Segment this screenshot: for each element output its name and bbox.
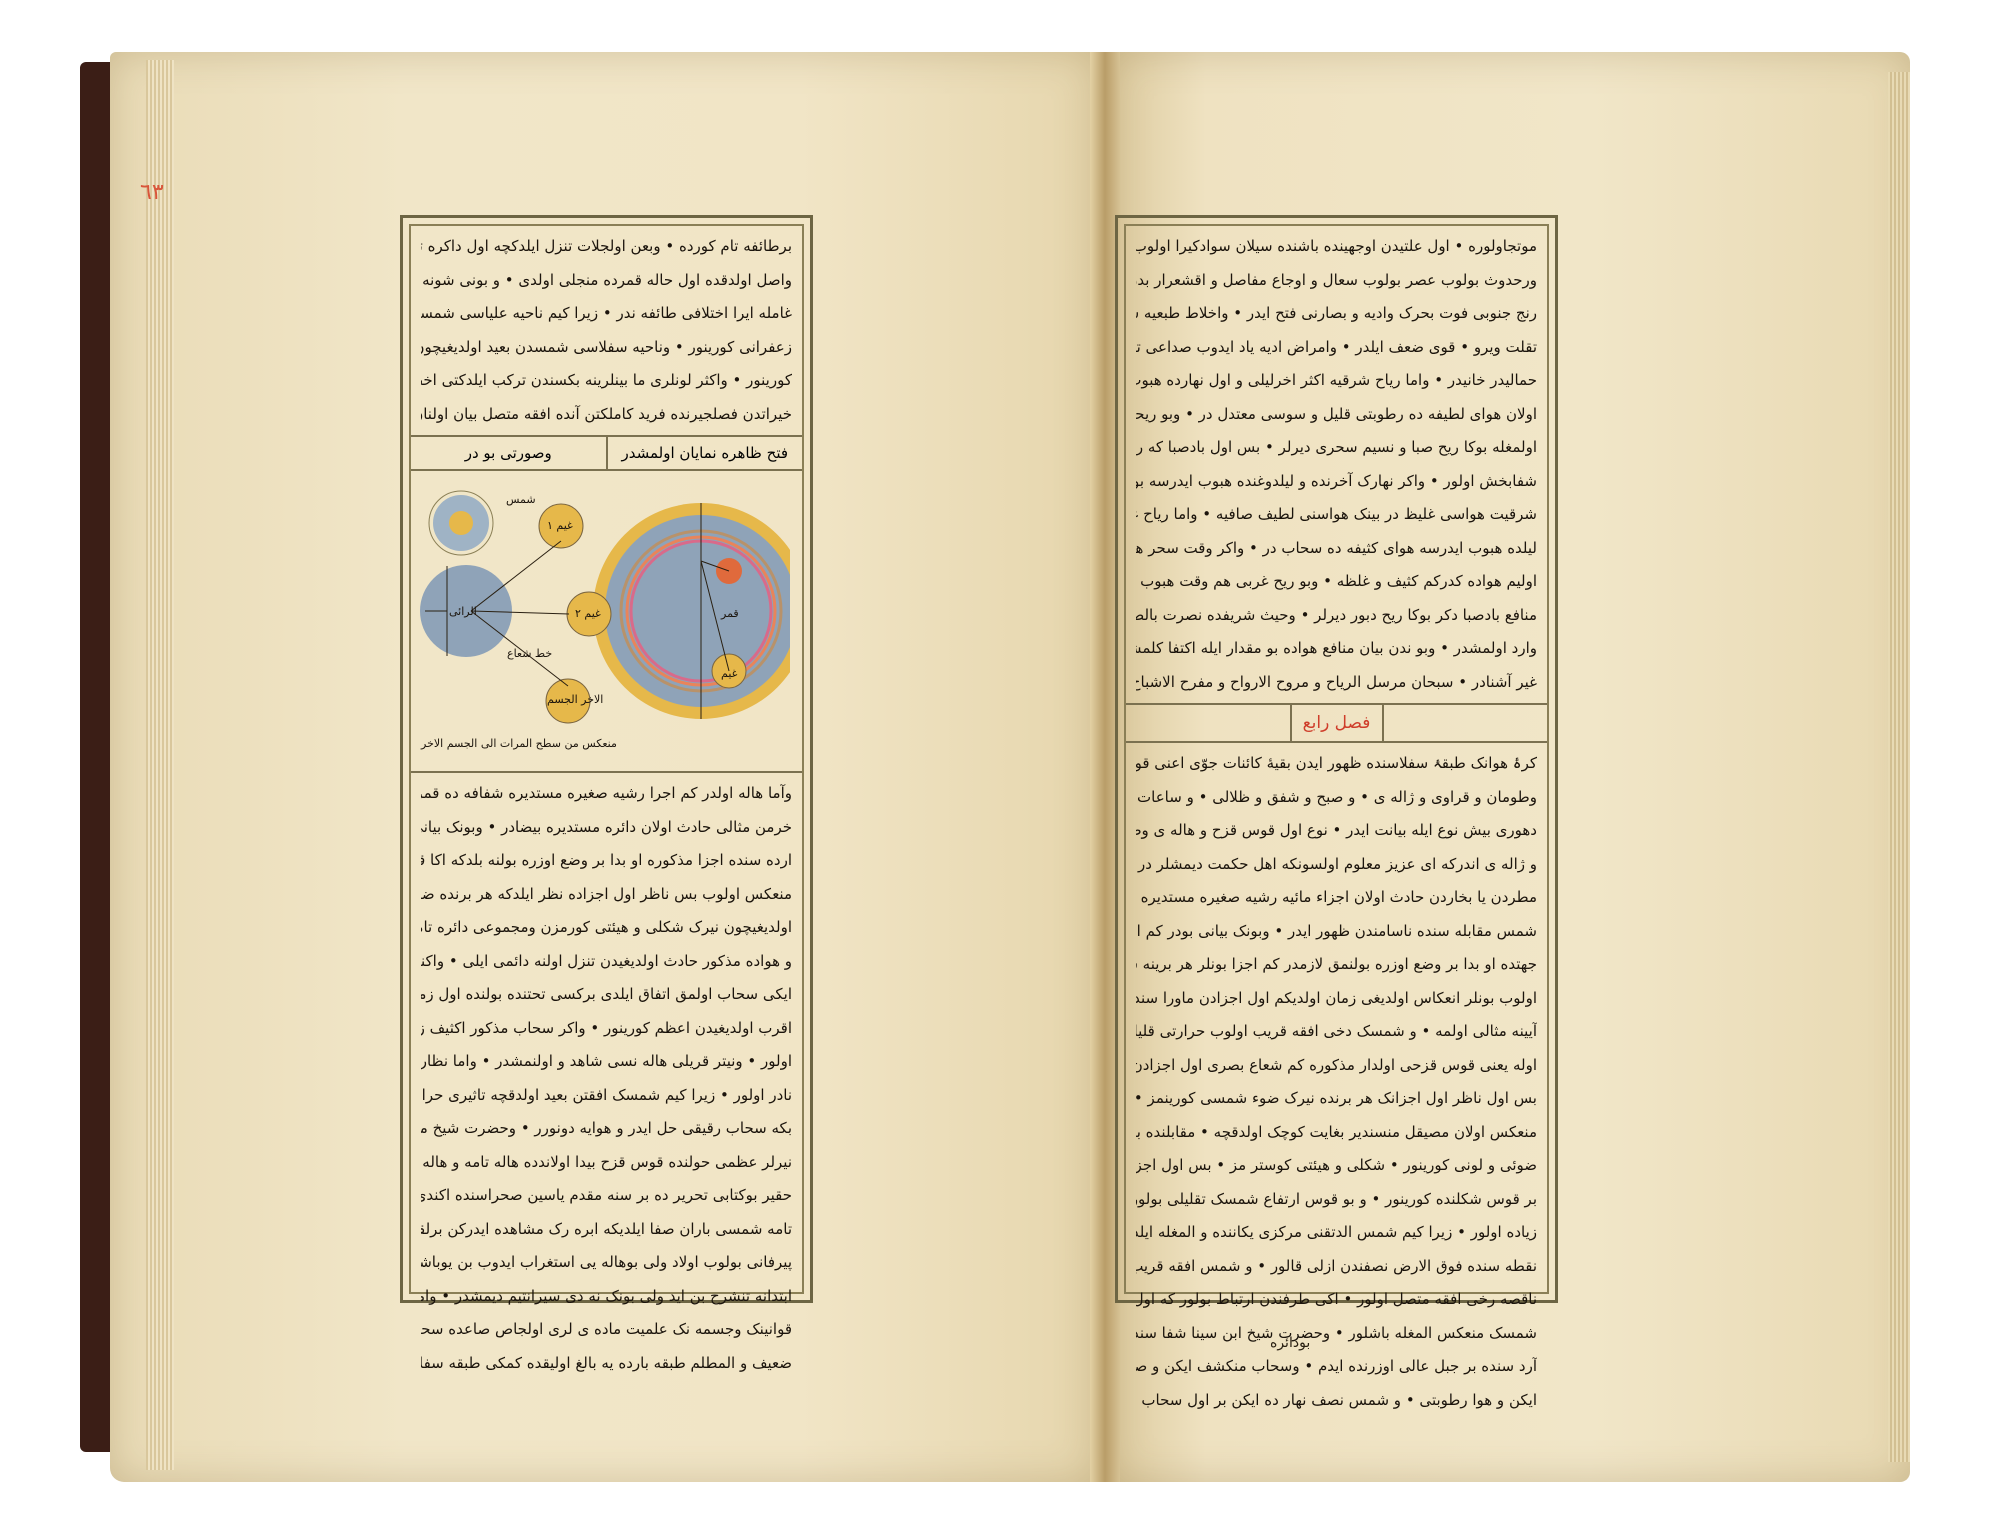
right-text-frame: موتجاولوره • اول علتیدن اوجهینده باشنده … [1115, 215, 1558, 1303]
text-line: دهوری بیش نوع ایله بیانت ایدر • نوع اول … [1136, 814, 1537, 848]
label-moon: قمر [721, 607, 739, 620]
text-line: اولیم هواده کدرکم کثیف و غلظه • وبو ریح … [1136, 565, 1537, 599]
label-ray: خط شعاع [507, 647, 552, 660]
label-observer: الرائی [449, 605, 477, 618]
text-line: نقطه سنده فوق الارض نصفندن ازلی قالور • … [1136, 1250, 1537, 1284]
text-line: رنج جنوبی فوت بحرک وادیه و بصارنی فتح ای… [1136, 297, 1537, 331]
text-line: تقلت ویرو • قوی ضعف ایلدر • وامراض ادیه … [1136, 331, 1537, 365]
text-line: زیاده اولور • زیرا کیم شمس الدتقنی مرکزی… [1136, 1216, 1537, 1250]
label-sphere-3: الاخر الجسم [547, 693, 603, 706]
text-line: اقرب اولدیغیدن اعظم کورینور • واکر سحاب … [421, 1012, 792, 1046]
text-line: برطائفه تام کورده • وبعن اولجلات تنزل ای… [421, 230, 792, 264]
text-line: قوانینک وجسمه نک علمیت ماده ی لری اولجاص… [421, 1313, 792, 1347]
left-text-frame: برطائفه تام کورده • وبعن اولجلات تنزل ای… [400, 215, 813, 1303]
catchword: بودائره [1270, 1335, 1310, 1351]
open-manuscript [80, 52, 1930, 1492]
text-line: لیلده هبوب ایدرسه هوای کثیفه ده سحاب در … [1136, 532, 1537, 566]
text-line: اولور • ونیتر قریلی هاله نسی شاهد و اولن… [421, 1045, 792, 1079]
text-line: غیر آشنادر • سبحان مرسل الریاح و مروح ال… [1136, 666, 1537, 700]
text-line: آرد سنده بر جبل عالی اوزرنده ایدم • وسحا… [1136, 1350, 1537, 1384]
label-sun: شمس [506, 493, 536, 506]
text-line: وطومان و قراوی و ژاله ی • و صبح و شفق و … [1136, 781, 1537, 815]
text-line: و هواده مذکور حادث اولدیغیدن تنزل اولنه … [421, 945, 792, 979]
left-bottom-text: وآما هاله اولدر کم اجرا رشیه صغیره مستدی… [411, 773, 802, 1384]
text-line: ایکی سحاب اولمق اتفاق ایلدی برکسی تحتنده… [421, 978, 792, 1012]
text-line: شرقیت هواسی غلیظ در بینک هواسنی لطیف صاف… [1136, 498, 1537, 532]
text-line: و ژاله ی اندرکه ای عزیز معلوم اولسونکه ا… [1136, 848, 1537, 882]
text-line: حمالیدر خانیدر • واما ریاح شرقیه اکثر اخ… [1136, 364, 1537, 398]
text-line: آیینه مثالی اولمه • و شمسک دخی افقه قریب… [1136, 1015, 1537, 1049]
text-line: واصل اولدقده اول حاله قمرده منجلی اولدی … [421, 264, 792, 298]
text-line: نیرلر عظمی حولنده قوس قزح بیدا اولاندده … [421, 1146, 792, 1180]
text-line: وآما هاله اولدر کم اجرا رشیه صغیره مستدی… [421, 777, 792, 811]
text-line: نادر اولور • زیرا کیم شمسک افقتن بعید او… [421, 1079, 792, 1113]
text-line: وارد اولمشدر • وبو ندن بیان منافع هواده … [1136, 632, 1537, 666]
text-line: زعفرانی کورینور • وناحیه سفلاسی شمسدن بع… [421, 331, 792, 365]
text-line: شمس مقابله سنده ناسامندن ظهور ایدر • وبو… [1136, 915, 1537, 949]
text-line: منعکس اولوب بس ناظر اول اجزاده نظر ایلدک… [421, 878, 792, 912]
diagram-caption-2: وصورتی بو در [411, 437, 606, 469]
text-line: غامله ایرا اختلافی طائفه ندر • زیرا کیم … [421, 297, 792, 331]
text-line: ورحدوث بولوب عصر بولوب سعال و اوجاع مفاص… [1136, 264, 1537, 298]
text-line: حقیر بوکتابی تحریر ده بر سنه مقدم یاسین … [421, 1179, 792, 1213]
page-edges-left [146, 60, 174, 1470]
text-line: مطردن یا بخاردن حادث اولان اجزاء مائیه ر… [1136, 881, 1537, 915]
text-line: بر قوس شکلنده کورینور • و بو قوس ارتفاع … [1136, 1183, 1537, 1217]
diagram-caption-1: فتح ظاهره نمایان اولمشدر [606, 437, 803, 469]
folio-number: ٦٣ [140, 180, 164, 205]
text-line: کرۂ هوانک طبقۂ سفلاسنده ظهور ایدن بقیۀ ک… [1136, 747, 1537, 781]
text-line: کورینور • واکثر لونلری ما بینلرینه بکسند… [421, 364, 792, 398]
text-line: جهتده او بدا بر وضع اوزره بولنمق لازمدر … [1136, 948, 1537, 982]
label-cloud: غیم [721, 667, 737, 680]
right-bottom-text: کرۂ هوانک طبقۂ سفلاسنده ظهور ایدن بقیۀ ک… [1126, 743, 1547, 1421]
label-sphere-1: غیم ۱ [547, 519, 573, 532]
section-heading-row: فصل رابع [1126, 703, 1547, 743]
text-line: ارده سنده اجزا مذکوره او بدا بر وضع اوزر… [421, 844, 792, 878]
text-line: موتجاولوره • اول علتیدن اوجهینده باشنده … [1136, 230, 1537, 264]
text-line: ابتدانه تنشرح بن اید ولی بونک نه دی سیرا… [421, 1280, 792, 1314]
page-edges-right [1888, 72, 1910, 1462]
section-heading: فصل رابع [1290, 705, 1384, 741]
text-line: شمسک منعکس المغله باشلور • وحضرت شیخ ابن… [1136, 1317, 1537, 1351]
label-reflection: منعکس من سطح المرات الی الجسم الاخر [421, 737, 617, 750]
text-line: ضعیف و المطلم طبقه بارده یه بالغ اولیقده… [421, 1347, 792, 1381]
text-line: تامه شمسی باران صفا ایلدیکه ابره رک مشاه… [421, 1213, 792, 1247]
text-line: اولدیغیچون نیرک شکلی و هیئتی کورمزن ومجم… [421, 911, 792, 945]
text-line: خرمن مثالی حادث اولان دائره مستدیره بیضا… [421, 811, 792, 845]
text-line: بکه سحاب رقیقی حل ایدر و هوایه دونورر • … [421, 1112, 792, 1146]
label-sphere-2: غیم ۲ [575, 607, 601, 620]
text-line: خیراتدن فصلجیرنده فرید کاملکتن آنده افقه… [421, 398, 792, 432]
text-line: اولمغله بوکا ریح صبا و نسیم سحری دیرلر •… [1136, 431, 1537, 465]
text-line: بس اول ناظر اول اجزانک هر برنده نیرک ضوء… [1136, 1082, 1537, 1116]
text-line: ایکن و هوا رطوبتی • و شمس نصف نهار ده ای… [1136, 1384, 1537, 1418]
text-line: ضوئی و لونی کورینور • شکلی و هیئتی کوستر… [1136, 1149, 1537, 1183]
text-line: اوله یعنی قوس قزحی اولدار مذکوره کم شعاع… [1136, 1049, 1537, 1083]
text-line: اولان هوای لطیفه ده رطوبتی قلیل و سوسی م… [1136, 398, 1537, 432]
left-top-text: برطائفه تام کورده • وبعن اولجلات تنزل ای… [411, 226, 802, 435]
halo-rainbow-diagram-svg [411, 471, 790, 771]
text-line: اولوب بونلر انعکاس اولدیغی زمان اولدیکم … [1136, 982, 1537, 1016]
text-line: شفابخش اولور • واکر نهارک آخرنده و لیلدو… [1136, 465, 1537, 499]
text-line: منعکس اولان مصیقل منسندیر بغایت کوچک اول… [1136, 1116, 1537, 1150]
text-line: منافع بادصبا دکر بوکا ریح دبور دیرلر • و… [1136, 599, 1537, 633]
diagram-caption-row: فتح ظاهره نمایان اولمشدر وصورتی بو در [411, 435, 802, 471]
right-top-text: موتجاولوره • اول علتیدن اوجهینده باشنده … [1126, 226, 1547, 703]
text-line: ناقصه رخی افقه متصل اولور • اکی طرفندن ا… [1136, 1283, 1537, 1317]
text-line: پیرفانی بولوب اولاد ولی بوهاله یی استغرا… [421, 1246, 792, 1280]
astronomical-diagram: شمس غیم ۱ غیم ۲ الاخر الجسم الرائی خط شع… [411, 471, 802, 773]
